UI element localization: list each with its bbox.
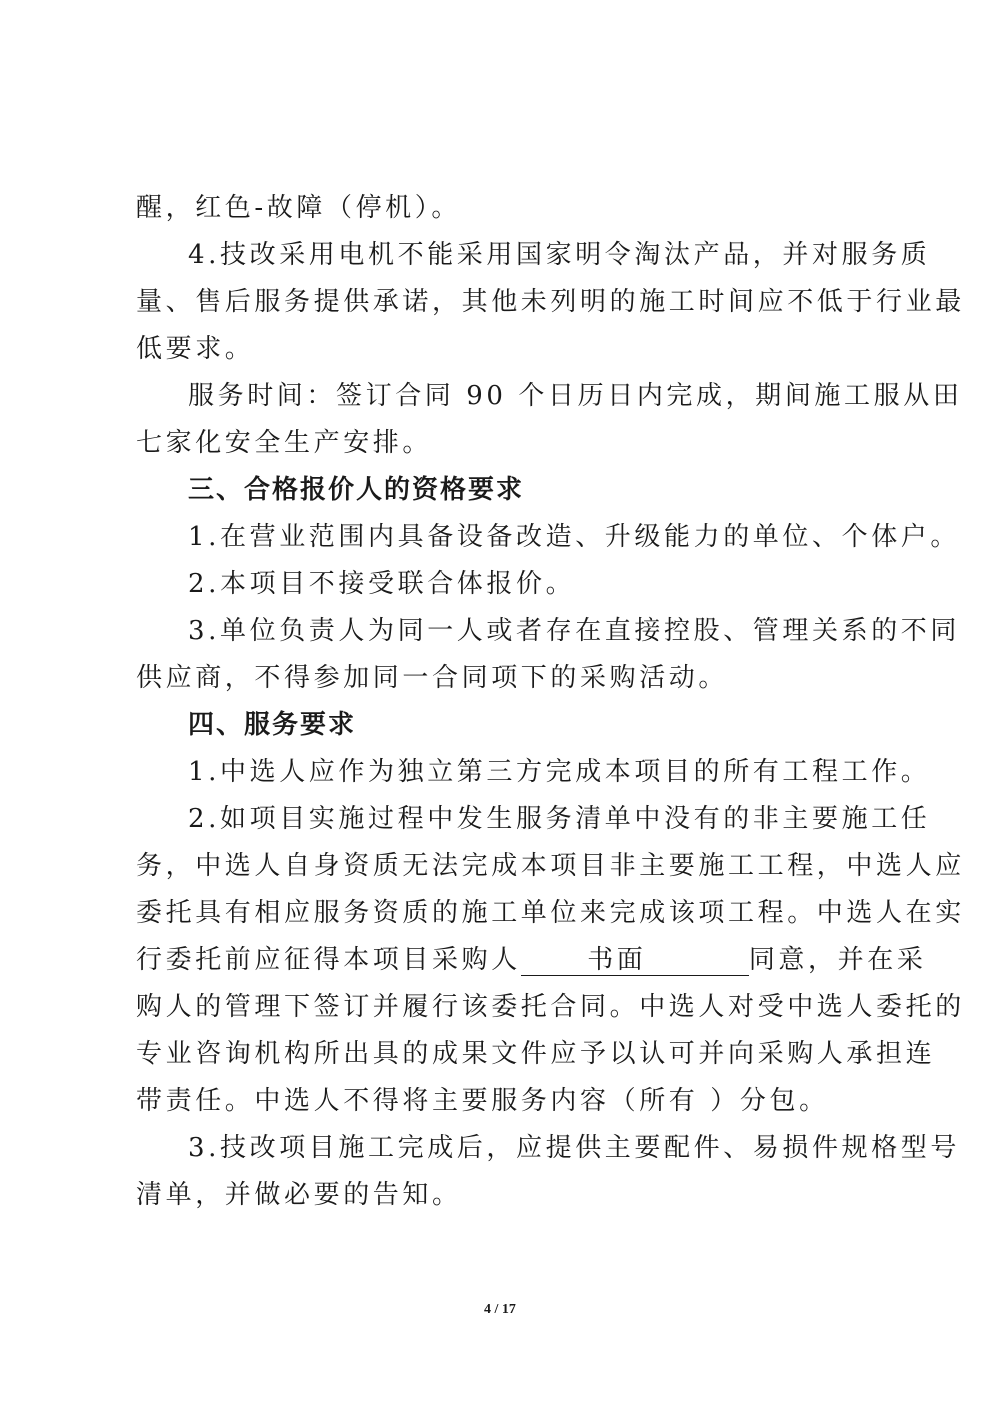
paragraph-line: 2.本项目不接受联合体报价。 bbox=[136, 561, 878, 608]
paragraph-line: 带责任。中选人不得将主要服务内容（所有 ）分包。 bbox=[136, 1078, 878, 1125]
document-body: 醒，红色-故障（停机）。 4.技改采用电机不能采用国家明令淘汰产品，并对服务质 … bbox=[136, 185, 878, 1219]
paragraph-line: 务，中选人自身资质无法完成本项目非主要施工工程，中选人应 bbox=[136, 843, 878, 890]
paragraph-line: 3.单位负责人为同一人或者存在直接控股、管理关系的不同 bbox=[136, 608, 878, 655]
fill-in-blank: 书面 bbox=[521, 945, 749, 976]
document-page: 醒，红色-故障（停机）。 4.技改采用电机不能采用国家明令淘汰产品，并对服务质 … bbox=[0, 0, 1000, 1414]
paragraph-line: 醒，红色-故障（停机）。 bbox=[136, 185, 878, 232]
paragraph-line: 3.技改项目施工完成后，应提供主要配件、易损件规格型号 bbox=[136, 1125, 878, 1172]
page-number: 4 / 17 bbox=[0, 1302, 1000, 1318]
paragraph-line: 清单，并做必要的告知。 bbox=[136, 1172, 878, 1219]
paragraph-line: 1.在营业范围内具备设备改造、升级能力的单位、个体户。 bbox=[136, 514, 878, 561]
blank-prefix-text: 行委托前应征得本项目采购人 bbox=[136, 945, 521, 975]
paragraph-line: 2.如项目实施过程中发生服务清单中没有的非主要施工任 bbox=[136, 796, 878, 843]
paragraph-line: 量、售后服务提供承诺，其他未列明的施工时间应不低于行业最 bbox=[136, 279, 878, 326]
paragraph-line-with-blank: 行委托前应征得本项目采购人书面同意，并在采 bbox=[136, 937, 878, 984]
paragraph-line: 专业咨询机构所出具的成果文件应予以认可并向采购人承担连 bbox=[136, 1031, 878, 1078]
blank-suffix-text: 同意，并在采 bbox=[749, 945, 927, 975]
paragraph-line: 购人的管理下签订并履行该委托合同。中选人对受中选人委托的 bbox=[136, 984, 878, 1031]
section-heading-service-requirements: 四、服务要求 bbox=[136, 702, 878, 749]
paragraph-line: 七家化安全生产安排。 bbox=[136, 420, 878, 467]
paragraph-line: 1.中选人应作为独立第三方完成本项目的所有工程工作。 bbox=[136, 749, 878, 796]
paragraph-line: 服务时间：签订合同 90 个日历日内完成，期间施工服从田 bbox=[136, 373, 878, 420]
paragraph-line: 供应商，不得参加同一合同项下的采购活动。 bbox=[136, 655, 878, 702]
fill-in-value: 书面 bbox=[587, 945, 682, 975]
paragraph-line: 低要求。 bbox=[136, 326, 878, 373]
paragraph-line: 4.技改采用电机不能采用国家明令淘汰产品，并对服务质 bbox=[136, 232, 878, 279]
paragraph-line: 委托具有相应服务资质的施工单位来完成该项工程。中选人在实 bbox=[136, 890, 878, 937]
section-heading-qualifications: 三、合格报价人的资格要求 bbox=[136, 467, 878, 514]
